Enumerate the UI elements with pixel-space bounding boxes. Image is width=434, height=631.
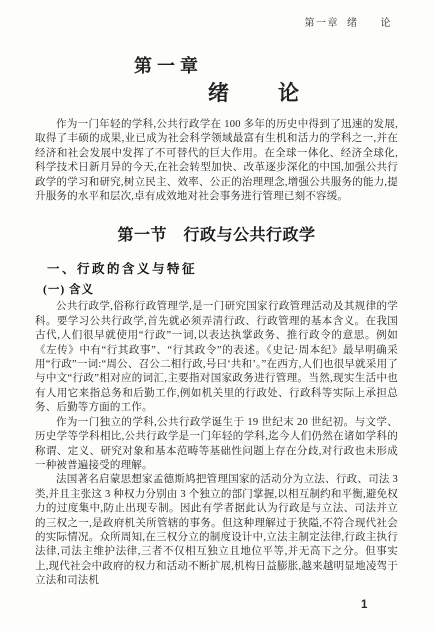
running-header-chapter: 第一章 [305, 18, 340, 29]
chapter-number: 第一章 [134, 0, 398, 75]
clause-heading: (一) 含义 [35, 281, 398, 297]
running-header: 第一章绪论 [305, 14, 393, 29]
chapter-title: 绪 论 [208, 83, 398, 104]
body-paragraph: 作为一门独立的学科,公共行政学诞生于 19 世纪末 20 世纪初。与文学、历史学… [35, 416, 398, 474]
running-header-title-char2: 论 [381, 18, 393, 29]
section-heading: 第一节 行政与公共行政学 [35, 222, 398, 245]
page-number: 1 [361, 599, 367, 611]
subsection-heading: 一、行政的含义与特征 [35, 259, 398, 277]
running-header-title-char1: 绪 [347, 18, 359, 29]
chapter-title-char2: 论 [278, 83, 299, 104]
body-paragraph: 法国著名启蒙思想家孟德斯鸠把管理国家的活动分为立法、行政、司法 3 类,并且主张… [35, 473, 398, 588]
chapter-title-char1: 绪 [208, 83, 229, 104]
book-page: 第一章绪论 第一章 绪 论 作为一门年轻的学科,公共行政学在 100 多年的历史… [0, 0, 434, 631]
intro-paragraph: 作为一门年轻的学科,公共行政学在 100 多年的历史中得到了迅速的发展,取得了丰… [35, 118, 398, 204]
body-paragraph: 公共行政学,俗称行政管理学,是一门研究国家行政管理活动及其规律的学科。要学习公共… [35, 300, 398, 415]
